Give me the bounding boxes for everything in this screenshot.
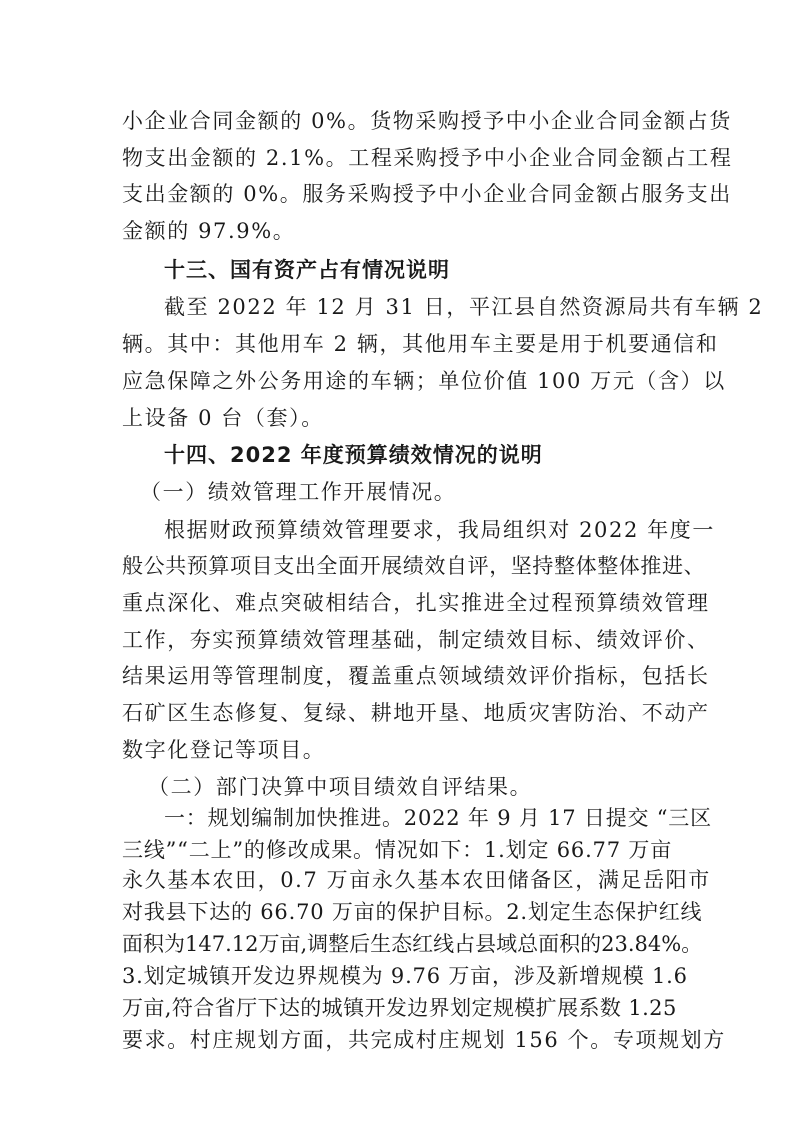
paragraph-line: 面积为147.12万亩,调整后生态红线占县域总面积的23.84%。 <box>122 931 678 957</box>
paragraph-line: 物支出金额的 2.1%。工程采购授予中小企业合同金额占工程 <box>122 145 672 171</box>
paragraph-line: 重点深化、难点突破相结合，扎实推进全过程预算绩效管理 <box>122 590 672 616</box>
paragraph-line: 辆。其中：其他用车 2 辆，其他用车主要是用于机要通信和 <box>122 331 672 357</box>
document-page: 小企业合同金额的 0%。货物采购授予中小企业合同金额占货 物支出金额的 2.1%… <box>0 0 793 1122</box>
paragraph-line: 支出金额的 0%。服务采购授予中小企业合同金额占服务支出 <box>122 181 672 207</box>
paragraph-line: 截至 2022 年 12 月 31 日，平江县自然资源局共有车辆 2 <box>164 294 672 320</box>
paragraph-line: 金额的 97.9%。 <box>122 218 682 244</box>
paragraph-line: 上设备 0 台（套）。 <box>122 405 682 431</box>
paragraph-line: 石矿区生态修复、复绿、耕地开垦、地质灾害防治、不动产 <box>122 700 672 726</box>
subsection-heading-1: （一）绩效管理工作开展情况。 <box>140 479 700 505</box>
subsection-heading-2: （二）部门决算中项目绩效自评结果。 <box>148 774 708 800</box>
paragraph-line: 永久基本农田，0.7 万亩永久基本农田储备区，满足岳阳市 <box>122 867 672 893</box>
paragraph-line: 对我县下达的 66.70 万亩的保护目标。2.划定生态保护红线 <box>122 899 672 925</box>
paragraph-line: 一：规划编制加快推进。2022 年 9 月 17 日提交 “三区 <box>164 805 672 831</box>
paragraph-line: 工作，夯实预算绩效管理基础，制定绩效目标、绩效评价、 <box>122 627 672 653</box>
paragraph-line: 3.划定城镇开发边界规模为 9.76 万亩，涉及新增规模 1.6 <box>122 963 672 989</box>
paragraph-line: 应急保障之外公务用途的车辆；单位价值 100 万元（含）以 <box>122 368 672 394</box>
paragraph-line: 根据财政预算绩效管理要求，我局组织对 2022 年度一 <box>164 517 672 543</box>
paragraph-line: 三线”“二上”的修改成果。情况如下：1.划定 66.77 万亩 <box>122 837 672 863</box>
paragraph-line: 数字化登记等项目。 <box>122 737 682 763</box>
paragraph-line: 万亩,符合省厅下达的城镇开发边界划定规模扩展系数 1.25 <box>122 995 672 1021</box>
section-heading-13: 十三、国有资产占有情况说明 <box>164 257 724 283</box>
paragraph-line: 小企业合同金额的 0%。货物采购授予中小企业合同金额占货 <box>122 108 672 134</box>
paragraph-line: 结果运用等管理制度，覆盖重点领域绩效评价指标，包括长 <box>122 663 672 689</box>
section-heading-14: 十四、2022 年度预算绩效情况的说明 <box>164 442 724 468</box>
paragraph-line: 般公共预算项目支出全面开展绩效自评，坚持整体整体推进、 <box>122 553 672 579</box>
paragraph-line: 要求。村庄规划方面，共完成村庄规划 156 个。专项规划方 <box>122 1027 672 1053</box>
